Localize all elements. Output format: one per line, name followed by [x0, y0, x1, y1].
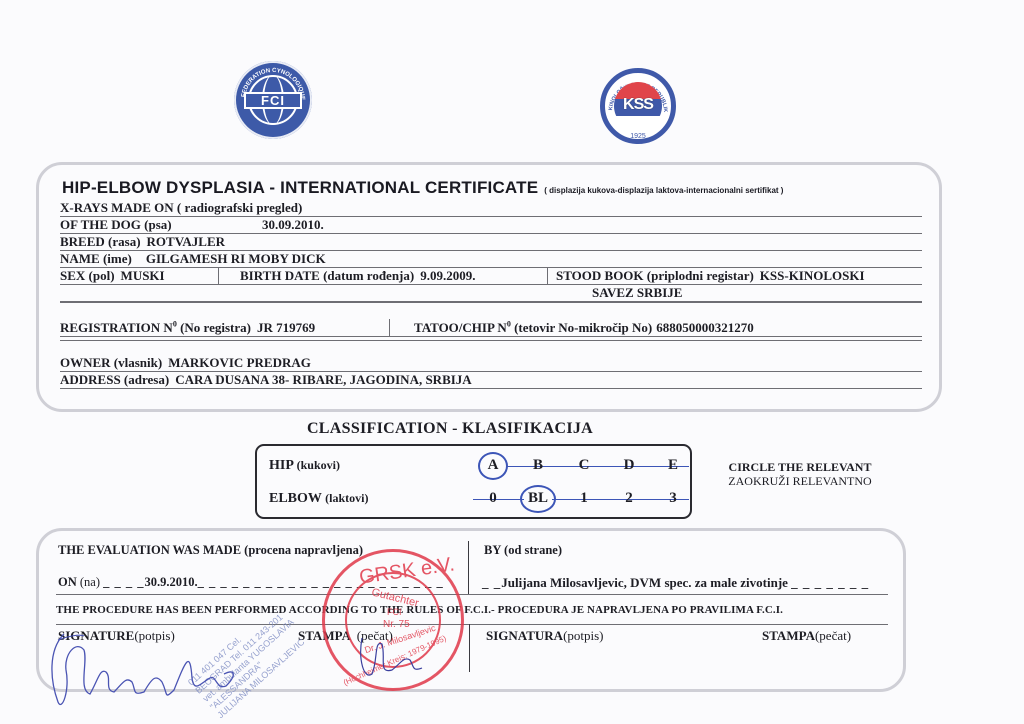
name-label: NAME (ime) [60, 251, 132, 266]
address-value: CARA DUSANA 38- RIBARE, JAGODINA, SRBIJA [175, 372, 472, 387]
registration-label: REGISTRATION N0 (No registra) [60, 320, 251, 335]
studbook-value-2: SAVEZ SRBIJE [592, 284, 682, 301]
kss-year: 1925 [605, 133, 671, 140]
hip-selected-circle [478, 452, 508, 480]
kss-logo: KINOLOŠKI SAVEZ REPUBLIKE SRBIJE KSS 192… [600, 68, 676, 144]
circle-note-sr: ZAOKRUŽI RELEVANTNO [700, 474, 900, 488]
registration-row: REGISTRATION N0 (No registra)JR 719769 T… [60, 319, 922, 337]
classification-title: CLASSIFICATION - KLASIFIKACIJA [0, 420, 900, 438]
circle-instruction: CIRCLE THE RELEVANT ZAOKRUŽI RELEVANTNO [700, 460, 900, 488]
studbook-value: KSS-KINOLOSKI [760, 268, 865, 283]
name-value: GILGAMESH RI MOBY DICK [146, 251, 326, 266]
chip-value: 688050000321270 [656, 320, 754, 335]
circle-note-en: CIRCLE THE RELEVANT [700, 460, 900, 474]
hip-grade-e[interactable]: E [659, 457, 687, 474]
hip-grade-d[interactable]: D [615, 457, 643, 474]
blank-row [60, 301, 922, 303]
sex-label: SEX (pol) [60, 268, 115, 283]
title-text: HIP-ELBOW DYSPLASIA - INTERNATIONAL CERT… [62, 178, 538, 197]
elbow-label: ELBOW (laktovi) [269, 491, 369, 507]
fci-text: FCI [244, 92, 302, 109]
dog-date-value: 30.09.2010. [262, 216, 324, 233]
handwritten-signature [40, 620, 250, 720]
registration-value: JR 719769 [257, 320, 315, 335]
birth-value: 9.09.2009. [420, 268, 475, 283]
dog-label: OF THE DOG (psa) [60, 217, 172, 232]
signatura-label: SIGNATURA(potpis) [486, 628, 604, 644]
address-row: ADDRESS (adresa)CARA DUSANA 38- RIBARE, … [60, 371, 922, 389]
studbook-label: STOOD BOOK (priplodni registar) [556, 268, 754, 283]
blank-row-2 [60, 339, 922, 341]
hip-label: HIP (kukovi) [269, 458, 340, 474]
breed-label: BREED (rasa) [60, 234, 141, 249]
evaluator-name: Julijana Milosavljevic, DVM spec. za mal… [501, 575, 788, 590]
hip-grade-b[interactable]: B [524, 457, 552, 474]
breed-value: ROTVAJLER [147, 234, 226, 249]
signature-divider [469, 624, 470, 672]
dog-row: OF THE DOG (psa) 30.09.2010. [60, 216, 922, 234]
elbow-grade-1[interactable]: 1 [570, 490, 598, 507]
stamp-signature [352, 630, 442, 690]
evaluation-made-label: THE EVALUATION WAS MADE (procena napravl… [58, 543, 363, 558]
evaluator: _ _Julijana Milosavljevic, DVM spec. za … [482, 575, 869, 591]
breed-row: BREED (rasa)ROTVAJLER [60, 233, 922, 251]
xrays-label: X-RAYS MADE ON ( radiografski pregled) [60, 200, 302, 215]
sex-value: MUSKI [121, 268, 165, 283]
elbow-grade-2[interactable]: 2 [615, 490, 643, 507]
birth-label: BIRTH DATE (datum rođenja) [240, 268, 414, 283]
name-row: NAME (ime)GILGAMESH RI MOBY DICK [60, 250, 922, 268]
evaluation-underline [56, 594, 888, 595]
stampa2-label: STAMPA(pečat) [762, 628, 851, 644]
evaluation-date-value: 30.9.2010. [145, 575, 198, 589]
certificate-title: HIP-ELBOW DYSPLASIA - INTERNATIONAL CERT… [62, 178, 783, 198]
fci-logo: FEDERATION CYNOLOGIQUE INTERNATIONALE FC… [234, 61, 312, 139]
evaluation-divider [468, 541, 469, 594]
evaluation-by-label: BY (od strane) [484, 543, 562, 558]
elbow-selected-circle [520, 485, 556, 513]
xrays-row: X-RAYS MADE ON ( radiografski pregled) [60, 199, 922, 217]
classification-box: HIP (kukovi) ELBOW (laktovi) ABCDE0BL123 [255, 444, 692, 519]
sex-birth-studbook-row: SEX (pol)MUSKI BIRTH DATE (datum rođenja… [60, 267, 922, 285]
owner-value: MARKOVIC PREDRAG [168, 355, 311, 370]
chip-label: TATOO/CHIP N0 (tetovir No-mikročip No) [414, 320, 652, 335]
owner-label: OWNER (vlasnik) [60, 355, 162, 370]
elbow-grade-0[interactable]: 0 [479, 490, 507, 507]
hip-grade-c[interactable]: C [570, 457, 598, 474]
kss-text: KSS [614, 96, 662, 114]
certificate-subtitle: ( displazija kukova-displazija laktova-i… [544, 186, 783, 195]
address-label: ADDRESS (adresa) [60, 372, 169, 387]
owner-row: OWNER (vlasnik)MARKOVIC PREDRAG [60, 354, 922, 372]
elbow-grade-3[interactable]: 3 [659, 490, 687, 507]
studbook-row-2: SAVEZ SRBIJE [60, 284, 922, 302]
